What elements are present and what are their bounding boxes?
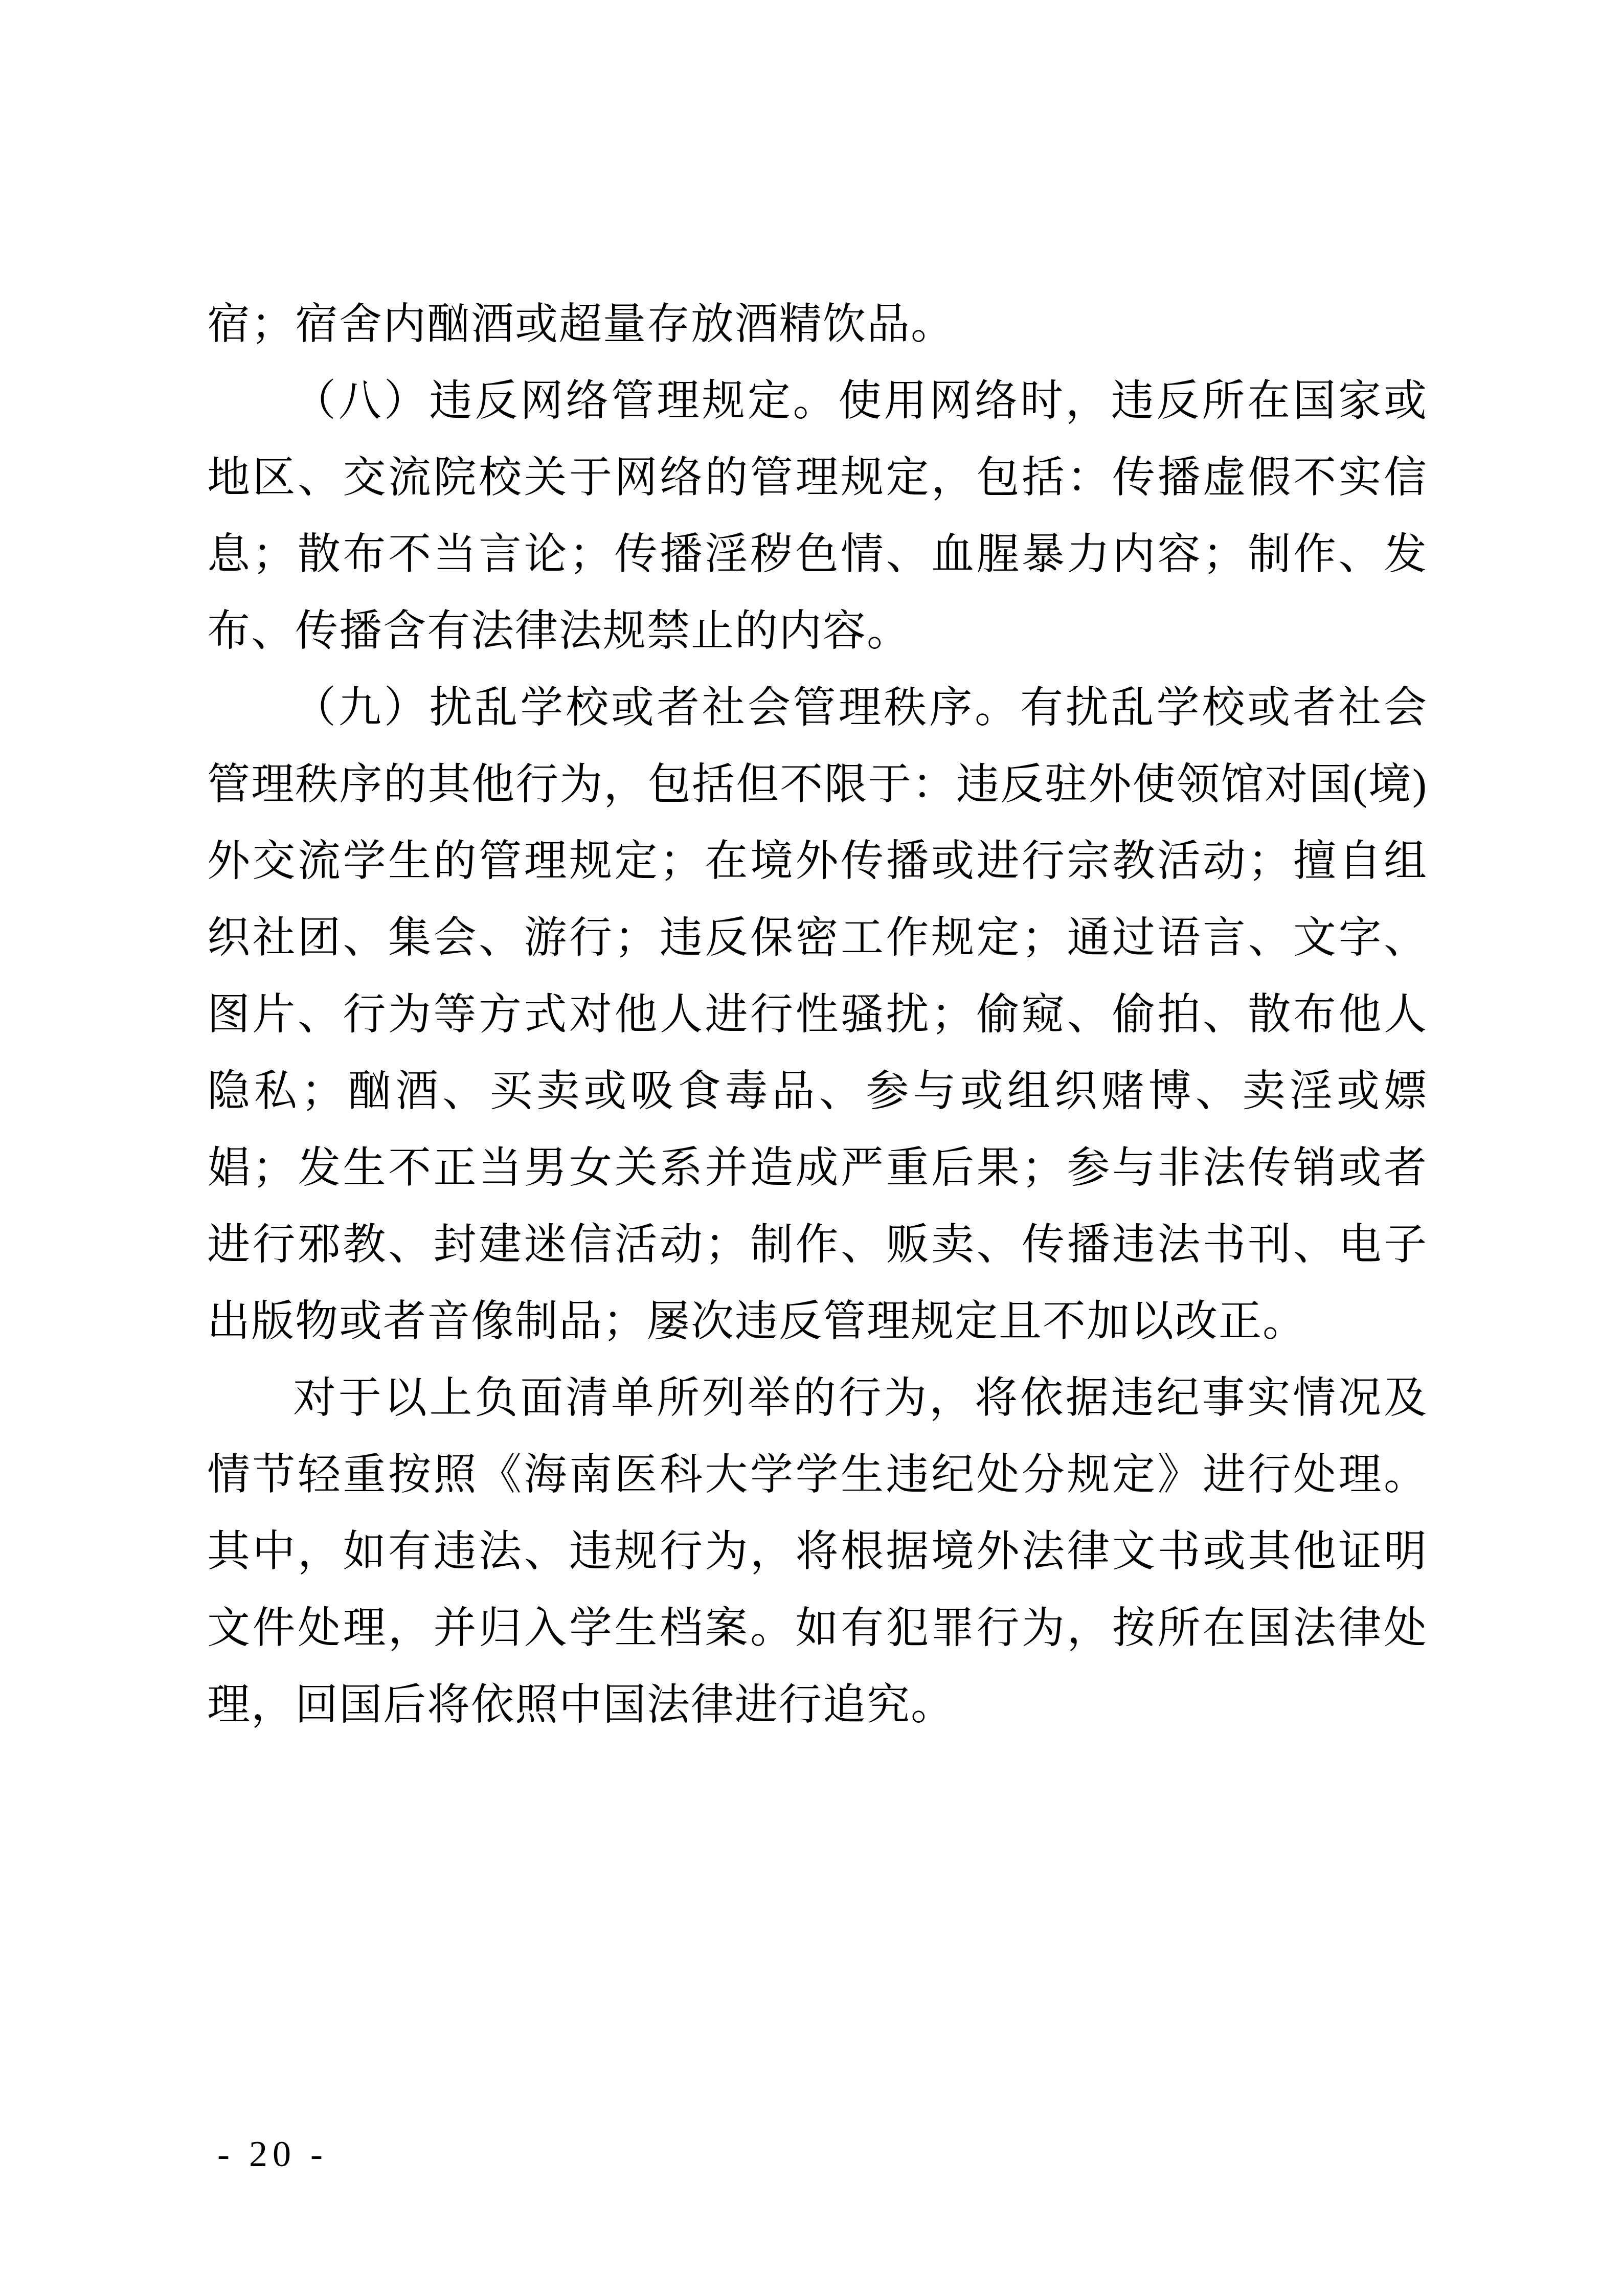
page-number: - 20 - [217,2128,328,2179]
document-line: 管理秩序的其他行为，包括但不限于：违反驻外使领馆对国(境) [207,747,1427,823]
document-line: （八）违反网络管理规定。使用网络时，违反所在国家或 [207,363,1427,440]
document-line: 娼；发生不正当男女关系并造成严重后果；参与非法传销或者 [207,1130,1427,1207]
document-line: 情节轻重按照《海南医科大学学生违纪处分规定》进行处理。 [207,1437,1427,1514]
document-line: 进行邪教、封建迷信活动；制作、贩卖、传播违法书刊、电子 [207,1207,1427,1284]
document-line: 织社团、集会、游行；违反保密工作规定；通过语言、文字、 [207,900,1427,977]
document-line: 文件处理，并归入学生档案。如有犯罪行为，按所在国法律处 [207,1590,1427,1667]
document-line: 图片、行为等方式对他人进行性骚扰；偷窥、偷拍、散布他人 [207,977,1427,1053]
document-line: 布、传播含有法律法规禁止的内容。 [207,593,1427,670]
document-page: 宿；宿舍内酗酒或超量存放酒精饮品。（八）违反网络管理规定。使用网络时，违反所在国… [0,0,1623,2296]
document-line: 宿；宿舍内酗酒或超量存放酒精饮品。 [207,286,1427,363]
document-line: 息；散布不当言论；传播淫秽色情、血腥暴力内容；制作、发 [207,516,1427,593]
document-line: 对于以上负面清单所列举的行为，将依据违纪事实情况及 [207,1360,1427,1437]
document-line: 隐私；酗酒、买卖或吸食毒品、参与或组织赌博、卖淫或嫖 [207,1053,1427,1130]
document-line: （九）扰乱学校或者社会管理秩序。有扰乱学校或者社会 [207,670,1427,747]
document-line: 出版物或者音像制品；屡次违反管理规定且不加以改正。 [207,1284,1427,1360]
document-line: 其中，如有违法、违规行为，将根据境外法律文书或其他证明 [207,1514,1427,1590]
document-line: 外交流学生的管理规定；在境外传播或进行宗教活动；擅自组 [207,823,1427,900]
document-line: 地区、交流院校关于网络的管理规定，包括：传播虚假不实信 [207,440,1427,516]
document-line: 理，回国后将依照中国法律进行追究。 [207,1667,1427,1744]
text-block: 宿；宿舍内酗酒或超量存放酒精饮品。（八）违反网络管理规定。使用网络时，违反所在国… [207,286,1427,1744]
